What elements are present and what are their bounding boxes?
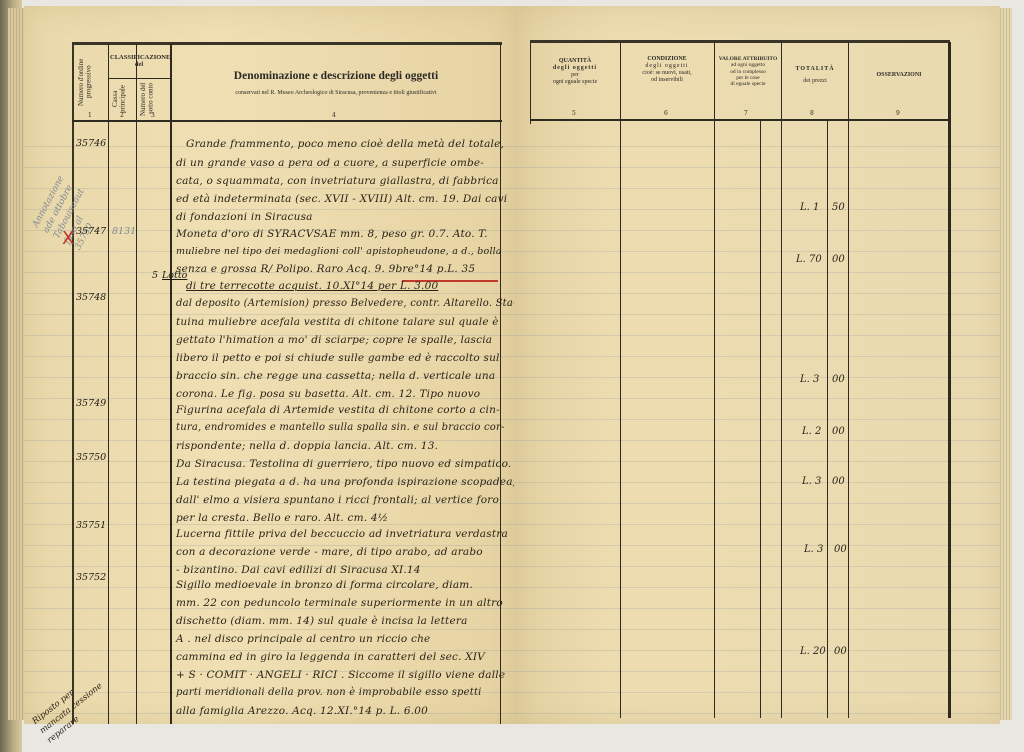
col-number-2: 2: [120, 112, 124, 119]
classificazione-rule: [108, 78, 170, 79]
col-number-5: 5: [572, 110, 576, 117]
col-number-6: 6: [664, 110, 668, 117]
entry-number-35751: 35751: [76, 520, 106, 531]
lot-class-5: 5: [152, 270, 158, 281]
price-35746-cents: 50: [832, 202, 845, 213]
header-classificazione: CLASSIFICAZIONE del: [110, 54, 168, 69]
page-title: Denominazione e descrizione degli oggett…: [174, 70, 498, 83]
classification-8131: 8131: [112, 226, 136, 238]
price-35749-cents: 00: [832, 426, 845, 437]
header-cassa-principale: Cassa principale: [112, 82, 134, 116]
header-numero-ordine: Numero d'ordine progressivo: [78, 54, 104, 110]
totalita-cents-divider: [827, 120, 828, 718]
entry-number-35750: 35750: [76, 452, 106, 463]
header-numero-sotto-conto: Numero del sotto conto: [140, 82, 166, 116]
price-35749: L. 2: [802, 426, 821, 437]
price-35752-cents: 00: [834, 646, 847, 657]
col-number-7: 7: [744, 110, 748, 117]
col-number-3: 3: [151, 112, 155, 119]
header-valore-attribuito: VALORE ATTRIBUITO ad ogni oggetto od in …: [716, 56, 780, 88]
right-register-page: QUANTITÀ degli oggetti per ogni eguale s…: [514, 6, 1000, 724]
header-quantita: QUANTITÀ degli oggetti per ogni eguale s…: [532, 58, 618, 86]
entry-number-35748: 35748: [76, 292, 106, 303]
top-rule: [530, 40, 950, 43]
col-number-9: 9: [896, 110, 900, 117]
header-totalita: TOTALITÀ dei prezzi: [783, 66, 847, 85]
price-35751-cents: 00: [834, 544, 847, 555]
entry-number-35749: 35749: [76, 398, 106, 409]
price-35748-cents: 00: [832, 374, 845, 385]
col-number-4: 4: [332, 112, 336, 119]
price-35747: L. 70: [796, 254, 822, 265]
col-divider-1: [108, 44, 109, 724]
col-divider-5: [620, 42, 621, 718]
entry-number-35747: 35747: [76, 226, 106, 237]
red-x-mark: X: [62, 228, 74, 249]
right-frame-line: [948, 42, 951, 718]
entry-number-35752: 35752: [76, 572, 106, 583]
valore-cents-divider: [760, 120, 761, 718]
col-divider-8: [848, 42, 849, 718]
header-rule: [530, 119, 950, 121]
col-number-8: 8: [810, 110, 814, 117]
entry-number-35746: 35746: [76, 138, 106, 149]
header-osservazioni: OSSERVAZIONI: [850, 72, 948, 79]
right-page-stack: [998, 8, 1012, 720]
price-35747-cents: 00: [832, 254, 845, 265]
col-divider-6: [714, 42, 715, 718]
header-condizione: CONDIZIONE degli oggetti cioè: se nuovi,…: [622, 56, 712, 84]
col-divider-2: [136, 44, 137, 724]
col-number-1: 1: [88, 112, 92, 119]
col-divider-7: [781, 42, 782, 718]
page-subtitle: conservati nel R. Museo Archeologico di …: [174, 90, 498, 97]
price-35746: L. 1: [800, 202, 819, 213]
col-divider-3: [170, 44, 172, 724]
ruled-lines: [514, 126, 1000, 724]
left-frame-line: [530, 42, 531, 124]
price-35750-cents: 00: [832, 476, 845, 487]
price-35752: L. 20: [800, 646, 826, 657]
price-35748: L. 3: [800, 374, 819, 385]
left-register-page: Numero d'ordine progressivo CLASSIFICAZI…: [24, 6, 515, 724]
price-35750: L. 3: [802, 476, 821, 487]
price-35751: L. 3: [804, 544, 823, 555]
